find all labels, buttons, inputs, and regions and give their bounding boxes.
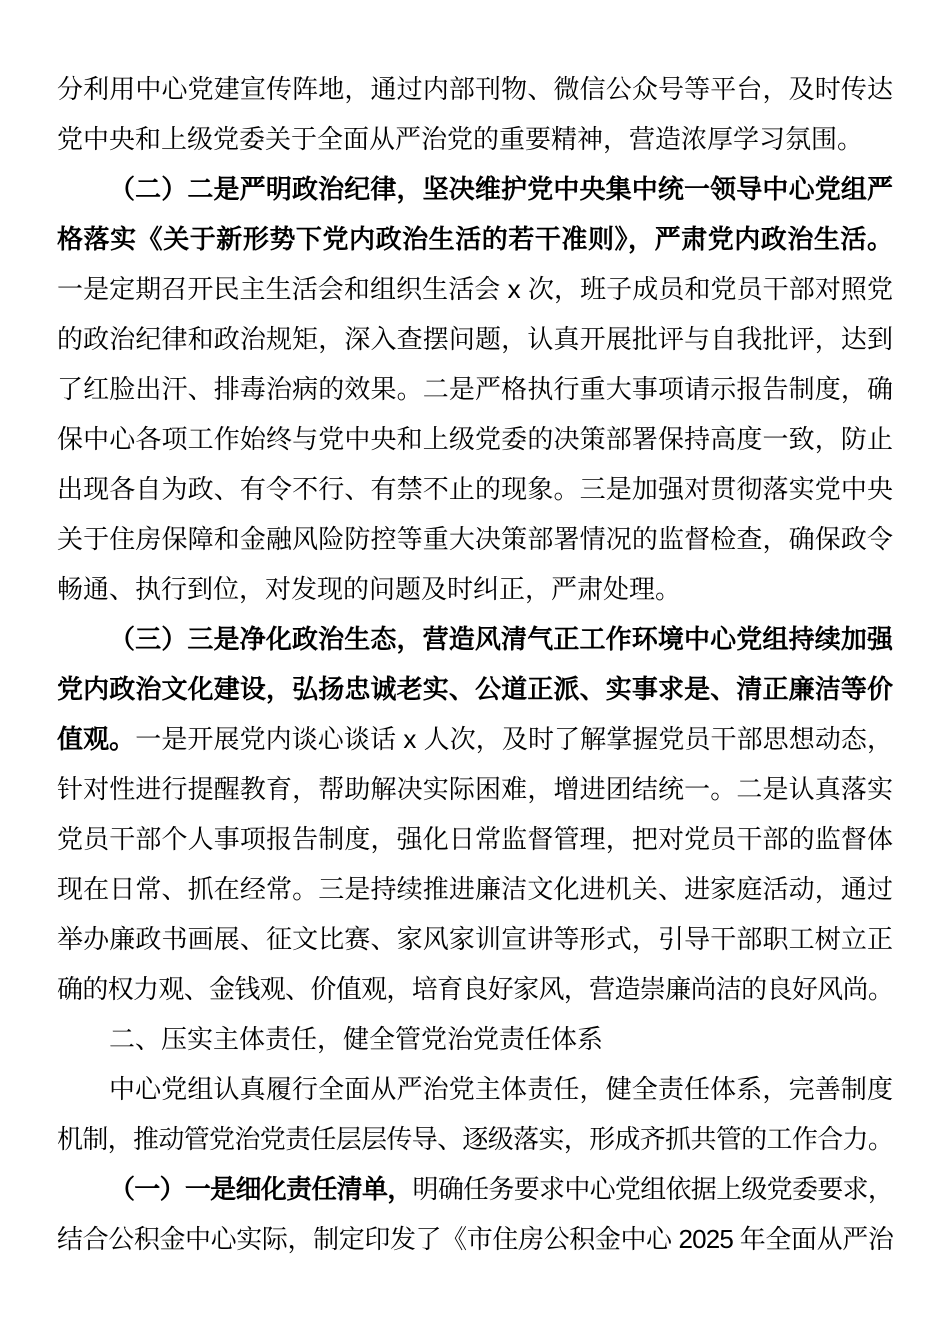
text-run: 举办廉政书画展、征文比赛、家风家训宣讲等形式，引导干部职工树立正 (57, 924, 893, 954)
paragraph-continuation: 分利用中心党建宣传阵地，通过内部刊物、微信公众号等平台，及时传达 党中央和上级党… (57, 64, 893, 164)
doc-line: 党员干部个人事项报告制度，强化日常监督管理，把对党员干部的监督体 (57, 814, 893, 864)
bold-text-run: 党内政治文化建设，弘扬忠诚老实、公道正派、实事求是、清正廉洁等价 (57, 674, 893, 704)
text-run: 机制，推动管党治党责任层层传导、逐级落实，形成齐抓共管的工作合力。 (57, 1124, 893, 1154)
doc-line: （一）一是细化责任清单，明确任务要求中心党组依据上级党委要求， (57, 1164, 893, 1214)
text-run: 分利用中心党建宣传阵地，通过内部刊物、微信公众号等平台，及时传达 (57, 74, 893, 104)
doc-line: 了红脸出汗、排毒治病的效果。二是严格执行重大事项请示报告制度，确 (57, 364, 893, 414)
doc-line: 的政治纪律和政治规矩，深入查摆问题，认真开展批评与自我批评，达到 (57, 314, 893, 364)
document-page: 分利用中心党建宣传阵地，通过内部刊物、微信公众号等平台，及时传达 党中央和上级党… (0, 0, 950, 1344)
doc-line: 格落实《关于新形势下党内政治生活的若干准则》，严肃党内政治生活。 (57, 214, 893, 264)
text-run: 了红脸出汗、排毒治病的效果。二是严格执行重大事项请示报告制度，确 (57, 374, 893, 404)
doc-line: 举办廉政书画展、征文比赛、家风家训宣讲等形式，引导干部职工树立正 (57, 914, 893, 964)
text-run: 针对性进行提醒教育，帮助解决实际困难，增进团结统一。二是认真落实 (57, 774, 893, 804)
paragraph-section-2: （二）二是严明政治纪律，坚决维护党中央集中统一领导中心党组严 格落实《关于新形势… (57, 164, 893, 614)
doc-line: 出现各自为政、有令不行、有禁不止的现象。三是加强对贯彻落实党中央 (57, 464, 893, 514)
doc-line: （二）二是严明政治纪律，坚决维护党中央集中统一领导中心党组严 (57, 164, 893, 214)
doc-line: 党中央和上级党委关于全面从严治党的重要精神，营造浓厚学习氛围。 (57, 114, 893, 164)
text-run: 明确任务要求中心党组依据上级党委要求， (413, 1174, 893, 1204)
paragraph-section-3: （三）三是净化政治生态，营造风清气正工作环境中心党组持续加强 党内政治文化建设，… (57, 614, 893, 1014)
doc-line: 一是定期召开民主生活会和组织生活会 x 次，班子成员和党员干部对照党 (57, 264, 893, 314)
heading-section-ii: 二、压实主体责任，健全管党治党责任体系 (57, 1014, 893, 1064)
doc-line: 机制，推动管党治党责任层层传导、逐级落实，形成齐抓共管的工作合力。 (57, 1114, 893, 1164)
text-run: 结合公积金中心实际，制定印发了《市住房公积金中心 2025 年全面从严治 (57, 1224, 893, 1254)
paragraph-section-1: （一）一是细化责任清单，明确任务要求中心党组依据上级党委要求， 结合公积金中心实… (57, 1164, 893, 1264)
doc-line: 值观。一是开展党内谈心谈话 x 人次，及时了解掌握党员干部思想动态， (57, 714, 893, 764)
doc-line: 确的权力观、金钱观、价值观，培育良好家风，营造崇廉尚洁的良好风尚。 (57, 964, 893, 1014)
section-heading-line: 二、压实主体责任，健全管党治党责任体系 (57, 1014, 893, 1064)
text-run: 的政治纪律和政治规矩，深入查摆问题，认真开展批评与自我批评，达到 (57, 324, 893, 354)
bold-text-run: 格落实《关于新形势下党内政治生活的若干准则》，严肃党内政治生活。 (57, 224, 893, 254)
text-run: 保中心各项工作始终与党中央和上级党委的决策部署保持高度一致，防止 (57, 424, 893, 454)
bold-text-run: 值观。 (57, 724, 135, 754)
bold-text-run: （一）一是细化责任清单， (109, 1174, 413, 1204)
text-run: 一是开展党内谈心谈话 x 人次，及时了解掌握党员干部思想动态， (135, 724, 893, 754)
doc-line: 针对性进行提醒教育，帮助解决实际困难，增进团结统一。二是认真落实 (57, 764, 893, 814)
doc-line: 结合公积金中心实际，制定印发了《市住房公积金中心 2025 年全面从严治 (57, 1214, 893, 1264)
text-run: 党员干部个人事项报告制度，强化日常监督管理，把对党员干部的监督体 (57, 824, 893, 854)
doc-line: （三）三是净化政治生态，营造风清气正工作环境中心党组持续加强 (57, 614, 893, 664)
doc-line: 中心党组认真履行全面从严治党主体责任，健全责任体系，完善制度 (57, 1064, 893, 1114)
text-run: 一是定期召开民主生活会和组织生活会 x 次，班子成员和党员干部对照党 (57, 274, 893, 304)
text-run: 现在日常、抓在经常。三是持续推进廉洁文化进机关、进家庭活动，通过 (57, 874, 893, 904)
doc-line: 畅通、执行到位，对发现的问题及时纠正，严肃处理。 (57, 564, 893, 614)
heading-text-run: 二、压实主体责任，健全管党治党责任体系 (109, 1024, 603, 1054)
text-run: 确的权力观、金钱观、价值观，培育良好家风，营造崇廉尚洁的良好风尚。 (57, 974, 893, 1004)
doc-line: 党内政治文化建设，弘扬忠诚老实、公道正派、实事求是、清正廉洁等价 (57, 664, 893, 714)
doc-line: 现在日常、抓在经常。三是持续推进廉洁文化进机关、进家庭活动，通过 (57, 864, 893, 914)
text-run: 畅通、执行到位，对发现的问题及时纠正，严肃处理。 (57, 574, 681, 604)
doc-line: 分利用中心党建宣传阵地，通过内部刊物、微信公众号等平台，及时传达 (57, 64, 893, 114)
text-run: 中心党组认真履行全面从严治党主体责任，健全责任体系，完善制度 (109, 1074, 893, 1104)
bold-text-run: （二）二是严明政治纪律，坚决维护党中央集中统一领导中心党组严 (109, 174, 893, 204)
text-run: 党中央和上级党委关于全面从严治党的重要精神，营造浓厚学习氛围。 (57, 124, 863, 154)
doc-line: 关于住房保障和金融风险防控等重大决策部署情况的监督检查，确保政令 (57, 514, 893, 564)
text-run: 出现各自为政、有令不行、有禁不止的现象。三是加强对贯彻落实党中央 (57, 474, 893, 504)
text-run: 关于住房保障和金融风险防控等重大决策部署情况的监督检查，确保政令 (57, 524, 893, 554)
doc-line: 保中心各项工作始终与党中央和上级党委的决策部署保持高度一致，防止 (57, 414, 893, 464)
bold-text-run: （三）三是净化政治生态，营造风清气正工作环境中心党组持续加强 (109, 624, 893, 654)
paragraph-responsibility-intro: 中心党组认真履行全面从严治党主体责任，健全责任体系，完善制度 机制，推动管党治党… (57, 1064, 893, 1164)
